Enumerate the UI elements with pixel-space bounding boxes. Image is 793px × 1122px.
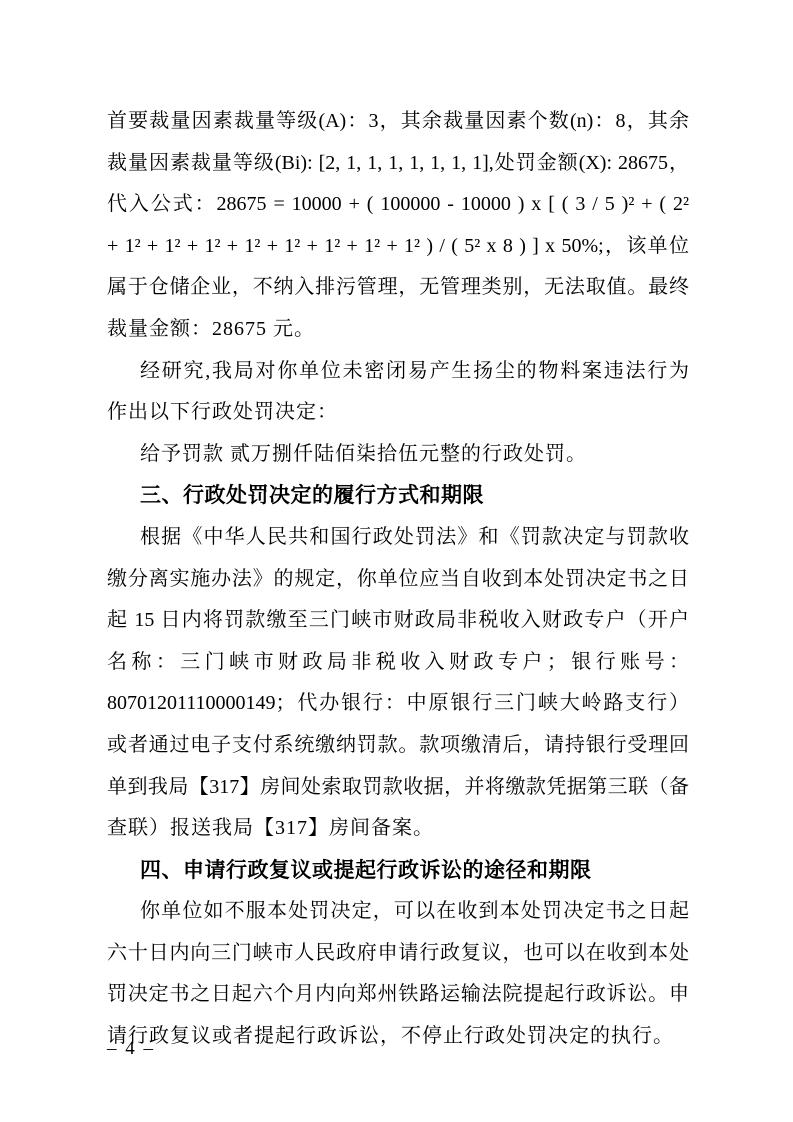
doc-line: 起 15 日内将罚款缴至三门峡市财政局非税收入财政专户（开户 (107, 600, 689, 642)
doc-line: 你单位如不服本处罚决定，可以在收到本处罚决定书之日起 (107, 891, 689, 933)
doc-line-penalty: 给予罚款 贰万捌仟陆佰柒拾伍元整的行政处罚。 (107, 434, 689, 476)
page-number: – 4 – (107, 1036, 155, 1062)
doc-line: 属于仓储企业，不纳入排污管理，无管理类别，无法取值。最终 (107, 267, 689, 309)
document-page: 首要裁量因素裁量等级(A)：3，其余裁量因素个数(n)：8，其余 裁量因素裁量等… (0, 0, 793, 1122)
section-heading-3: 三、行政处罚决定的履行方式和期限 (107, 475, 689, 517)
doc-line: 裁量因素裁量等级(Bi): [2, 1, 1, 1, 1, 1, 1, 1],处… (107, 143, 689, 185)
doc-line: 请行政复议或者提起行政诉讼，不停止行政处罚决定的执行。 (107, 1016, 689, 1058)
doc-line-bank-account: 80701201110000149；代办银行：中原银行三门峡大岭路支行） (107, 683, 689, 725)
doc-line: 或者通过电子支付系统缴纳罚款。款项缴清后，请持银行受理回 (107, 725, 689, 767)
doc-line: 经研究,我局对你单位未密闭易产生扬尘的物料案违法行为 (107, 351, 689, 393)
doc-line: 首要裁量因素裁量等级(A)：3，其余裁量因素个数(n)：8，其余 (107, 101, 689, 143)
doc-line-bank-name: 名称：三门峡市财政局非税收入财政专户；银行账号： (107, 642, 689, 684)
doc-line-formula: + 1² + 1² + 1² + 1² + 1² + 1² + 1² + 1² … (107, 226, 689, 268)
doc-line: 查联）报送我局【317】房间备案。 (107, 808, 689, 850)
doc-line: 缴分离实施办法》的规定，你单位应当自收到本处罚决定书之日 (107, 559, 689, 601)
doc-line: 作出以下行政处罚决定： (107, 392, 689, 434)
section-heading-4: 四、申请行政复议或提起行政诉讼的途径和期限 (107, 850, 689, 892)
doc-line: 裁量金额：28675 元。 (107, 309, 689, 351)
doc-line-formula: 代入公式：28675 = 10000 + ( 100000 - 10000 ) … (107, 184, 689, 226)
doc-line: 罚决定书之日起六个月内向郑州铁路运输法院提起行政诉讼。申 (107, 974, 689, 1016)
doc-line: 六十日内向三门峡市人民政府申请行政复议，也可以在收到本处 (107, 933, 689, 975)
document-text-block: 首要裁量因素裁量等级(A)：3，其余裁量因素个数(n)：8，其余 裁量因素裁量等… (107, 101, 689, 1058)
doc-line: 单到我局【317】房间处索取罚款收据，并将缴款凭据第三联（备 (107, 767, 689, 809)
doc-line: 根据《中华人民共和国行政处罚法》和《罚款决定与罚款收 (107, 517, 689, 559)
